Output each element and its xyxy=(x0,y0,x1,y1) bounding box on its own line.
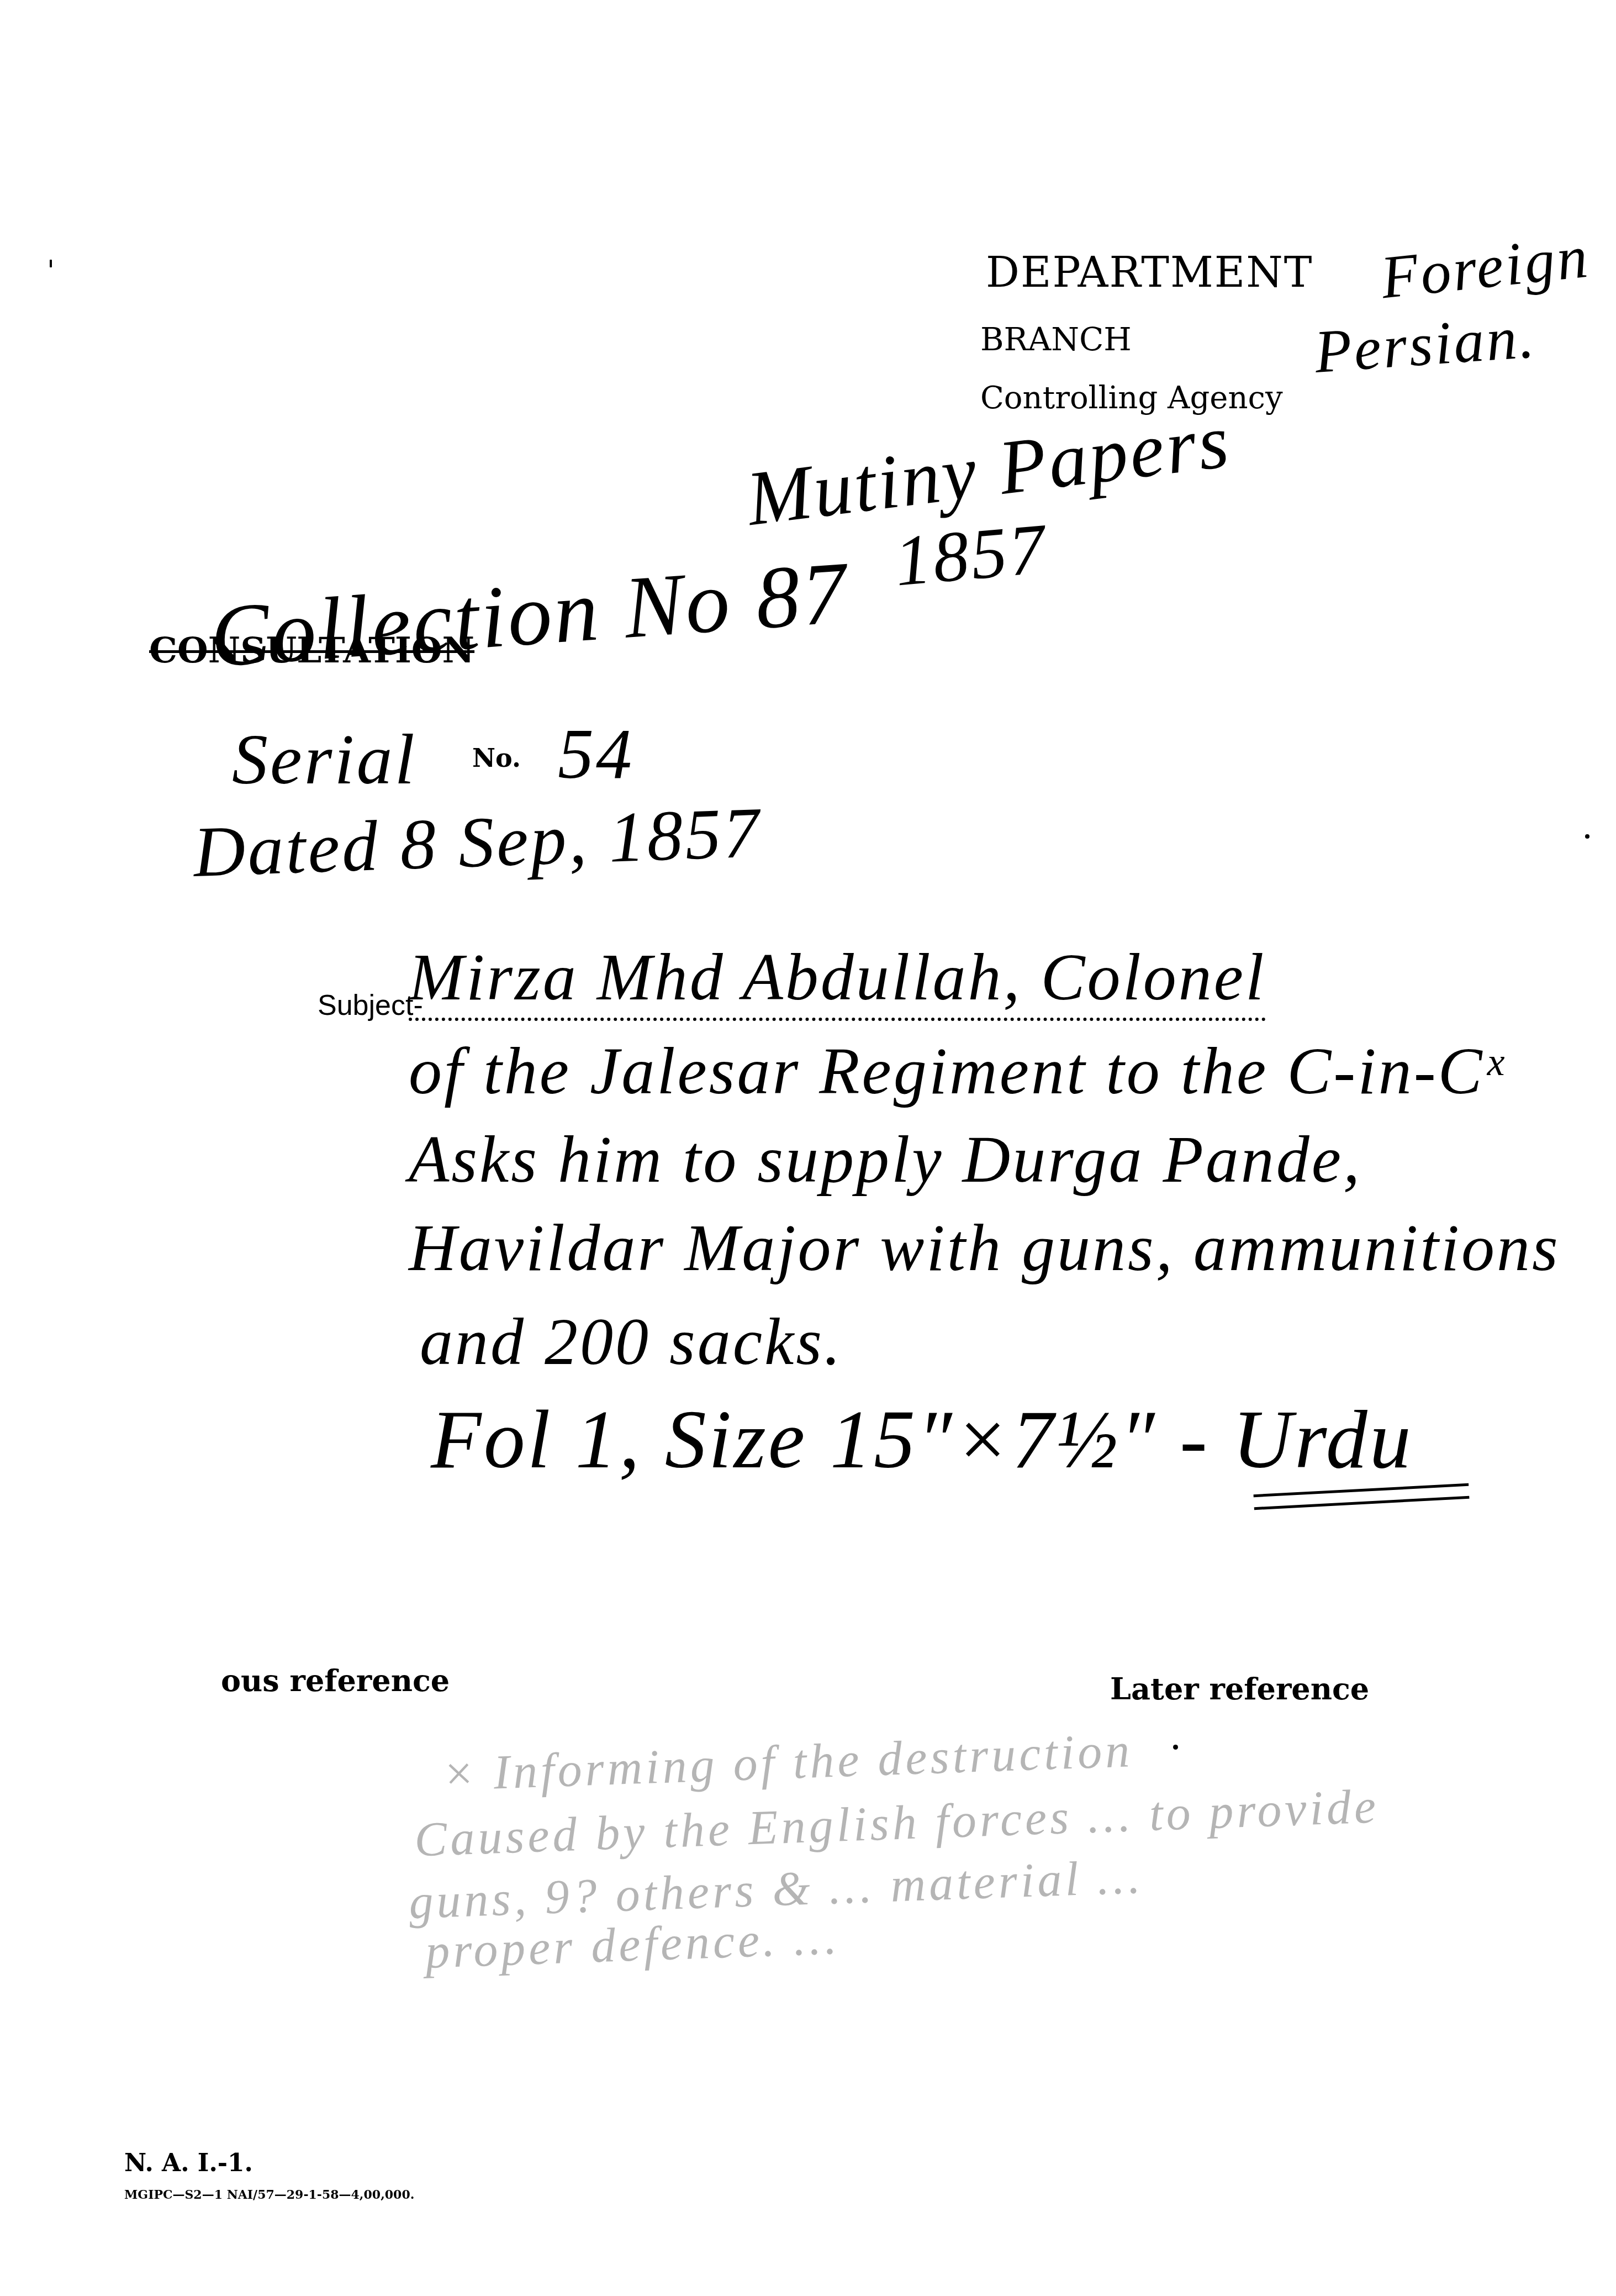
collection-year-annotation: 1857 xyxy=(891,507,1050,603)
subject-line: Asks him to supply Durga Pande, xyxy=(409,1121,1362,1198)
subject-line: Mirza Mhd Abdullah, Colonel xyxy=(409,939,1266,1021)
previous-reference-label: ous reference xyxy=(221,1663,450,1698)
scan-speck xyxy=(1173,1745,1178,1750)
later-reference-label: Later reference xyxy=(1110,1671,1369,1707)
serial-number: 54 xyxy=(558,713,634,796)
scan-speck xyxy=(50,260,52,267)
scan-speck xyxy=(1585,834,1589,839)
subject-label: Subject- xyxy=(318,989,423,1022)
subject-line: Havildar Major with guns, ammunitions xyxy=(409,1210,1560,1286)
language-double-underline xyxy=(1254,1483,1470,1510)
printer-imprint: MGIPC—S2—1 NAI/57—29-1-58—4,00,000. xyxy=(124,2188,414,2202)
subject-folio-size-language: Fol 1, Size 15″×7½″ - Urdu xyxy=(431,1392,1413,1487)
branch-label: BRANCH xyxy=(980,320,1132,358)
serial-no-label: No. xyxy=(472,743,521,773)
department-value: Foreign xyxy=(1377,222,1593,313)
serial-label: Serial xyxy=(232,718,417,801)
subject-line: of the Jalesar Regiment to the C-in-Cˣ xyxy=(409,1033,1506,1109)
branch-value: Persian. xyxy=(1312,302,1539,387)
subject-line: and 200 sacks. xyxy=(420,1304,843,1380)
dated-field: Dated 8 Sep, 1857 xyxy=(192,791,763,894)
department-label: DEPARTMENT xyxy=(986,247,1313,297)
form-code: N. A. I.-1. xyxy=(124,2149,253,2177)
consultation-label-struck: CONSULTATION xyxy=(149,630,474,671)
